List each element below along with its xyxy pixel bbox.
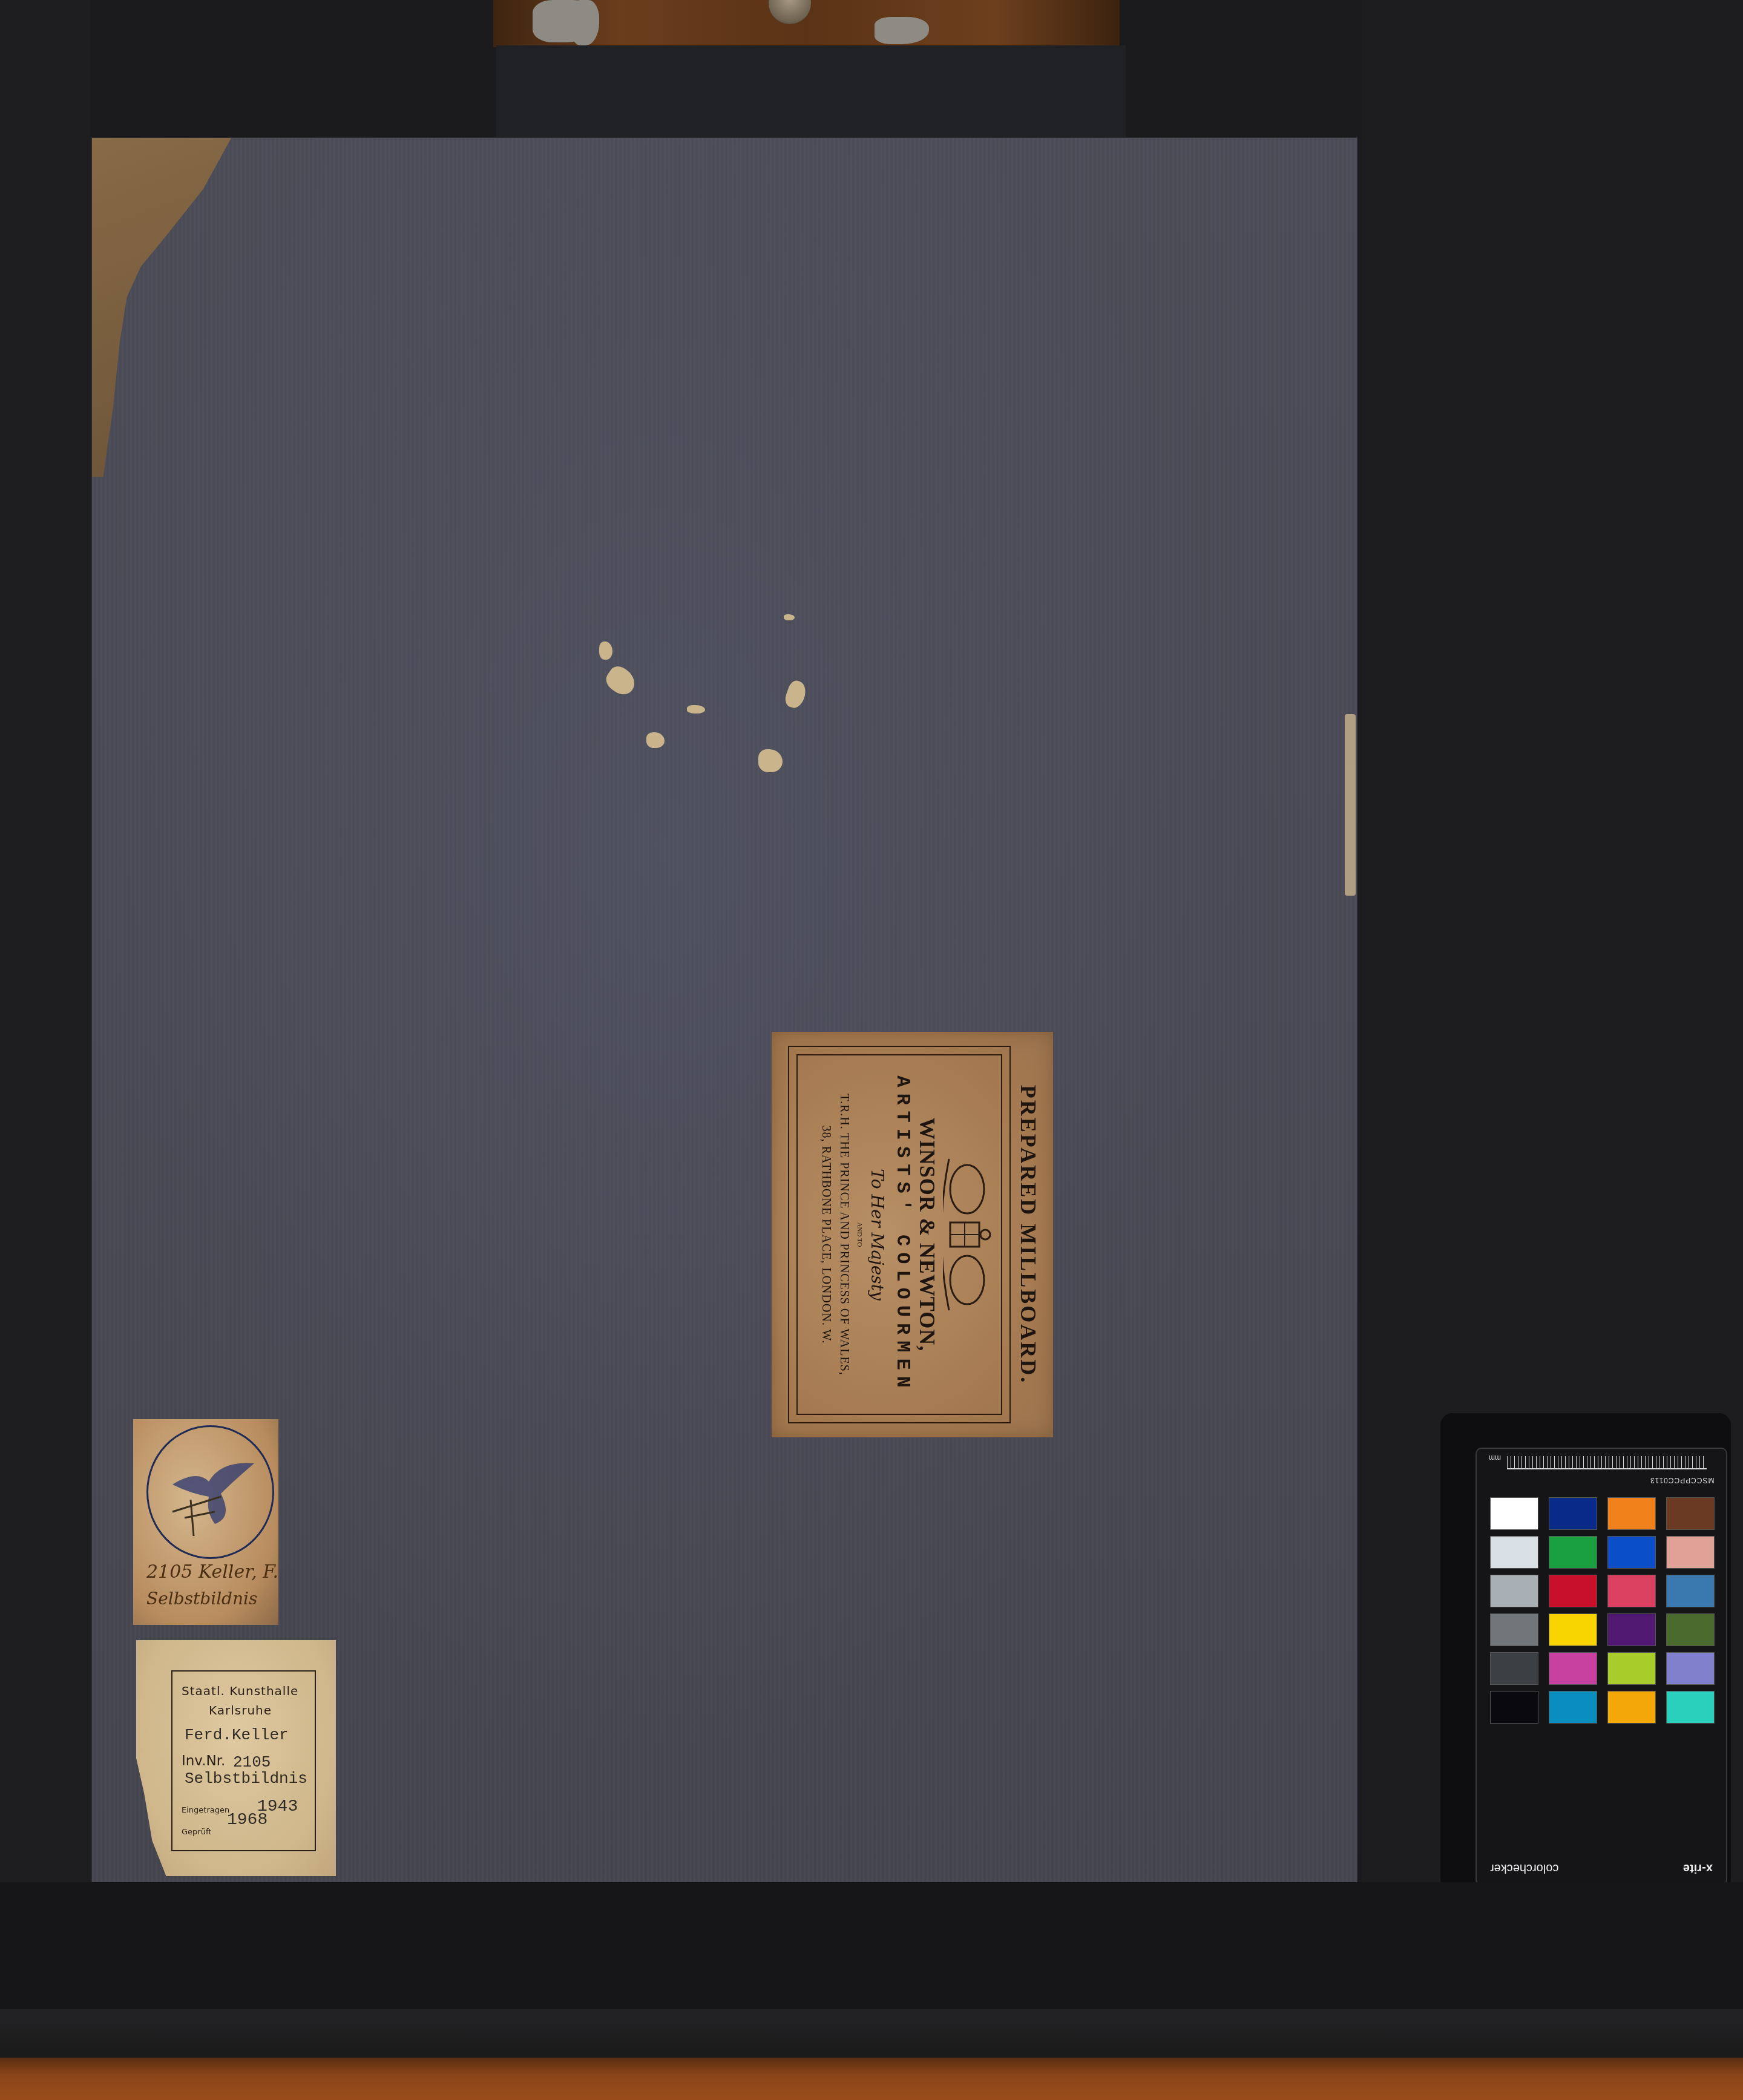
putty-blob (875, 17, 929, 44)
color-patch (1607, 1575, 1656, 1607)
paint-loss (784, 614, 795, 620)
color-patch (1666, 1536, 1715, 1569)
easel-ledge-felt (0, 1882, 1743, 2009)
color-patch (1490, 1652, 1538, 1685)
royal-coat-of-arms-icon (943, 1153, 991, 1316)
checker-serial: MSCCPPCC0113 (1650, 1476, 1714, 1485)
winsor-newton-label: PREPARED MILLBOARD. WINSOR & NEWTON, ART… (772, 1032, 1053, 1437)
collection-stamp-label: 2105 Keller, F. Selbstbildnis (133, 1419, 278, 1625)
easel-ledge-wood (0, 2058, 1743, 2100)
color-patch (1490, 1536, 1538, 1569)
color-patch (1549, 1575, 1597, 1607)
label-firm-name: WINSOR & NEWTON, (914, 1041, 940, 1428)
color-patch (1549, 1536, 1597, 1569)
kunsthalle-inventory-label: Staatl. Kunsthalle Karlsruhe Ferd.Keller… (136, 1640, 336, 1876)
color-patch (1549, 1497, 1597, 1530)
paint-loss (687, 705, 705, 714)
paint-loss (758, 749, 783, 772)
color-patch (1549, 1652, 1597, 1685)
color-patch (1607, 1536, 1656, 1569)
xrite-logo: x-rite (1683, 1861, 1713, 1875)
colorchecker-card: mm MSCCPPCC0113 colorchecker x-rite (1475, 1448, 1727, 1886)
inventory-number: 2105 (233, 1753, 271, 1771)
ruler-unit: mm (1489, 1454, 1501, 1462)
putty-blob (572, 0, 599, 45)
color-patch (1549, 1613, 1597, 1646)
color-patch (1549, 1691, 1597, 1724)
paint-loss (599, 641, 612, 660)
handwritten-inventory: 2105 Keller, F. (146, 1561, 278, 1583)
mm-ruler (1507, 1456, 1707, 1469)
color-patch (1607, 1691, 1656, 1724)
label-warrant: To Her Majesty (867, 1041, 887, 1428)
eagle-seal-stamp-icon (146, 1425, 274, 1559)
label-trade: ARTISTS' COLOURMEN (891, 1041, 914, 1428)
color-patch (1607, 1497, 1656, 1530)
color-patch (1666, 1652, 1715, 1685)
easel-felt-pad (496, 45, 1126, 140)
label-royal-warrant: T.R.H. THE PRINCE AND PRINCESS OF WALES, (837, 1041, 851, 1428)
checked-label: Geprüft (182, 1828, 211, 1837)
color-patch (1607, 1652, 1656, 1685)
easel-ledge-rail (0, 2009, 1743, 2058)
color-patch (1490, 1575, 1538, 1607)
label-address: 38, RATHBONE PLACE, LONDON. W. (819, 1041, 833, 1428)
color-patch (1666, 1575, 1715, 1607)
checked-year: 1968 (227, 1811, 268, 1829)
color-patch (1666, 1497, 1715, 1530)
label-header: PREPARED MILLBOARD. (1016, 1041, 1041, 1428)
paint-loss (646, 732, 665, 748)
edge-loss (1345, 714, 1356, 896)
label-and-to: AND TO (856, 1041, 863, 1428)
registered-label: Eingetragen (182, 1806, 229, 1815)
color-patch (1666, 1613, 1715, 1646)
artist-name: Ferd.Keller (185, 1726, 289, 1744)
color-patch (1490, 1497, 1538, 1530)
inventory-number-label: Inv.Nr. (182, 1753, 225, 1769)
color-patch (1607, 1613, 1656, 1646)
color-patch (1490, 1691, 1538, 1724)
label-frame: Staatl. Kunsthalle Karlsruhe Ferd.Keller… (171, 1670, 316, 1851)
color-patch-grid (1490, 1497, 1714, 1724)
color-patch (1666, 1691, 1715, 1724)
color-patch (1490, 1613, 1538, 1646)
backdrop-left (0, 0, 91, 1882)
handwritten-title: Selbstbildnis (146, 1589, 257, 1609)
checker-brand: colorchecker (1490, 1861, 1558, 1875)
institution-city: Karlsruhe (209, 1703, 272, 1718)
artwork-title: Selbstbildnis (185, 1770, 307, 1788)
institution-name: Staatl. Kunsthalle (182, 1684, 298, 1698)
